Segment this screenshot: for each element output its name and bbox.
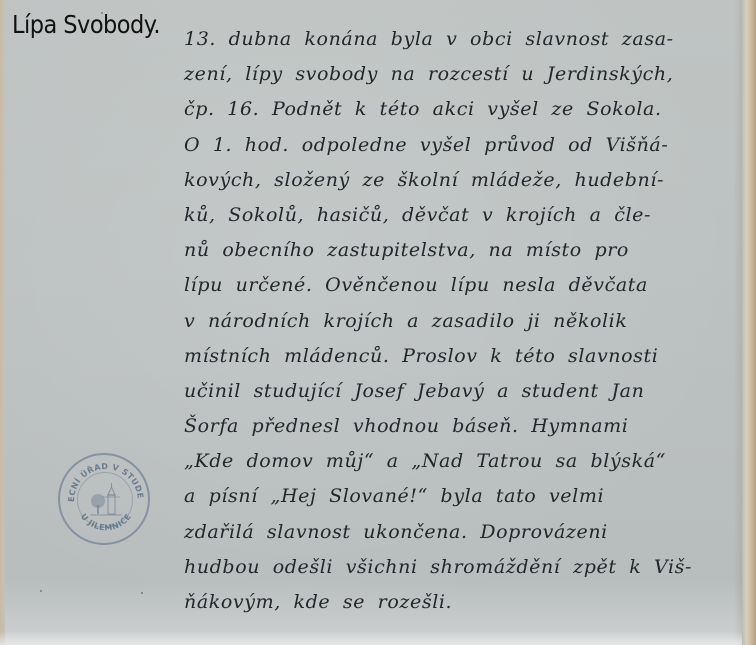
text-line: místních mládenců. Proslov k této slavno… [184, 339, 744, 374]
svg-text:OBECNÍ ÚŘAD V STUDENCI: OBECNÍ ÚŘAD V STUDENCI [60, 455, 145, 502]
page-bottom-glare [0, 631, 742, 645]
text-line: učinil studující Josef Jebavý a student … [184, 374, 744, 409]
text-line: a písní „Hej Slované!“ byla tato velmi [184, 479, 744, 514]
seal-stamp-icon: OBECNÍ ÚŘAD V STUDENCI U JILEMNICE [58, 453, 150, 545]
text-line: ků, Sokolů, hasičů, děvčat v krojích a č… [184, 198, 744, 233]
stamp-text-top: OBECNÍ ÚŘAD V STUDENCI [60, 455, 145, 502]
paper-speck [40, 590, 42, 592]
text-line: zení, lípy svobody na rozcestí u Jerdins… [184, 57, 744, 92]
stamp-graphic: OBECNÍ ÚŘAD V STUDENCI U JILEMNICE [60, 455, 152, 547]
text-line: hudbou odešli všichni shromáždění zpět k… [184, 550, 744, 585]
text-line: kových, složený ze školní mládeže, hudeb… [184, 163, 744, 198]
book-binding-edge [742, 0, 756, 645]
text-line: O 1. hod. odpoledne vyšel průvod od Višň… [184, 128, 744, 163]
text-line: ňákovým, kde se rozešli. [184, 585, 744, 620]
text-line: lípu určené. Ověnčenou lípu nesla děvčat… [184, 268, 744, 303]
text-line: zdařilá slavnost ukončena. Doprovázeni [184, 515, 744, 550]
text-line: Šorfa přednesl vhodnou báseň. Hymnami [184, 409, 744, 444]
text-line: 13. dubna konána byla v obci slavnost za… [184, 22, 744, 57]
text-line: „Kde domov můj“ a „Nad Tatrou sa blýská“ [184, 444, 744, 479]
paper-speck [101, 12, 103, 14]
page-left-edge [0, 0, 5, 645]
section-heading: Lípa Svobody. [12, 10, 160, 39]
text-line: v národních krojích a zasadilo ji několi… [184, 304, 744, 339]
paper-speck [141, 592, 143, 594]
handwritten-text: 13. dubna konána byla v obci slavnost za… [184, 22, 744, 620]
text-line: nů obecního zastupitelstva, na místo pro [184, 233, 744, 268]
document-page: Lípa Svobody. 13. dubna konána byla v ob… [0, 0, 756, 645]
text-line: čp. 16. Podnět k této akci vyšel ze Soko… [184, 92, 744, 127]
